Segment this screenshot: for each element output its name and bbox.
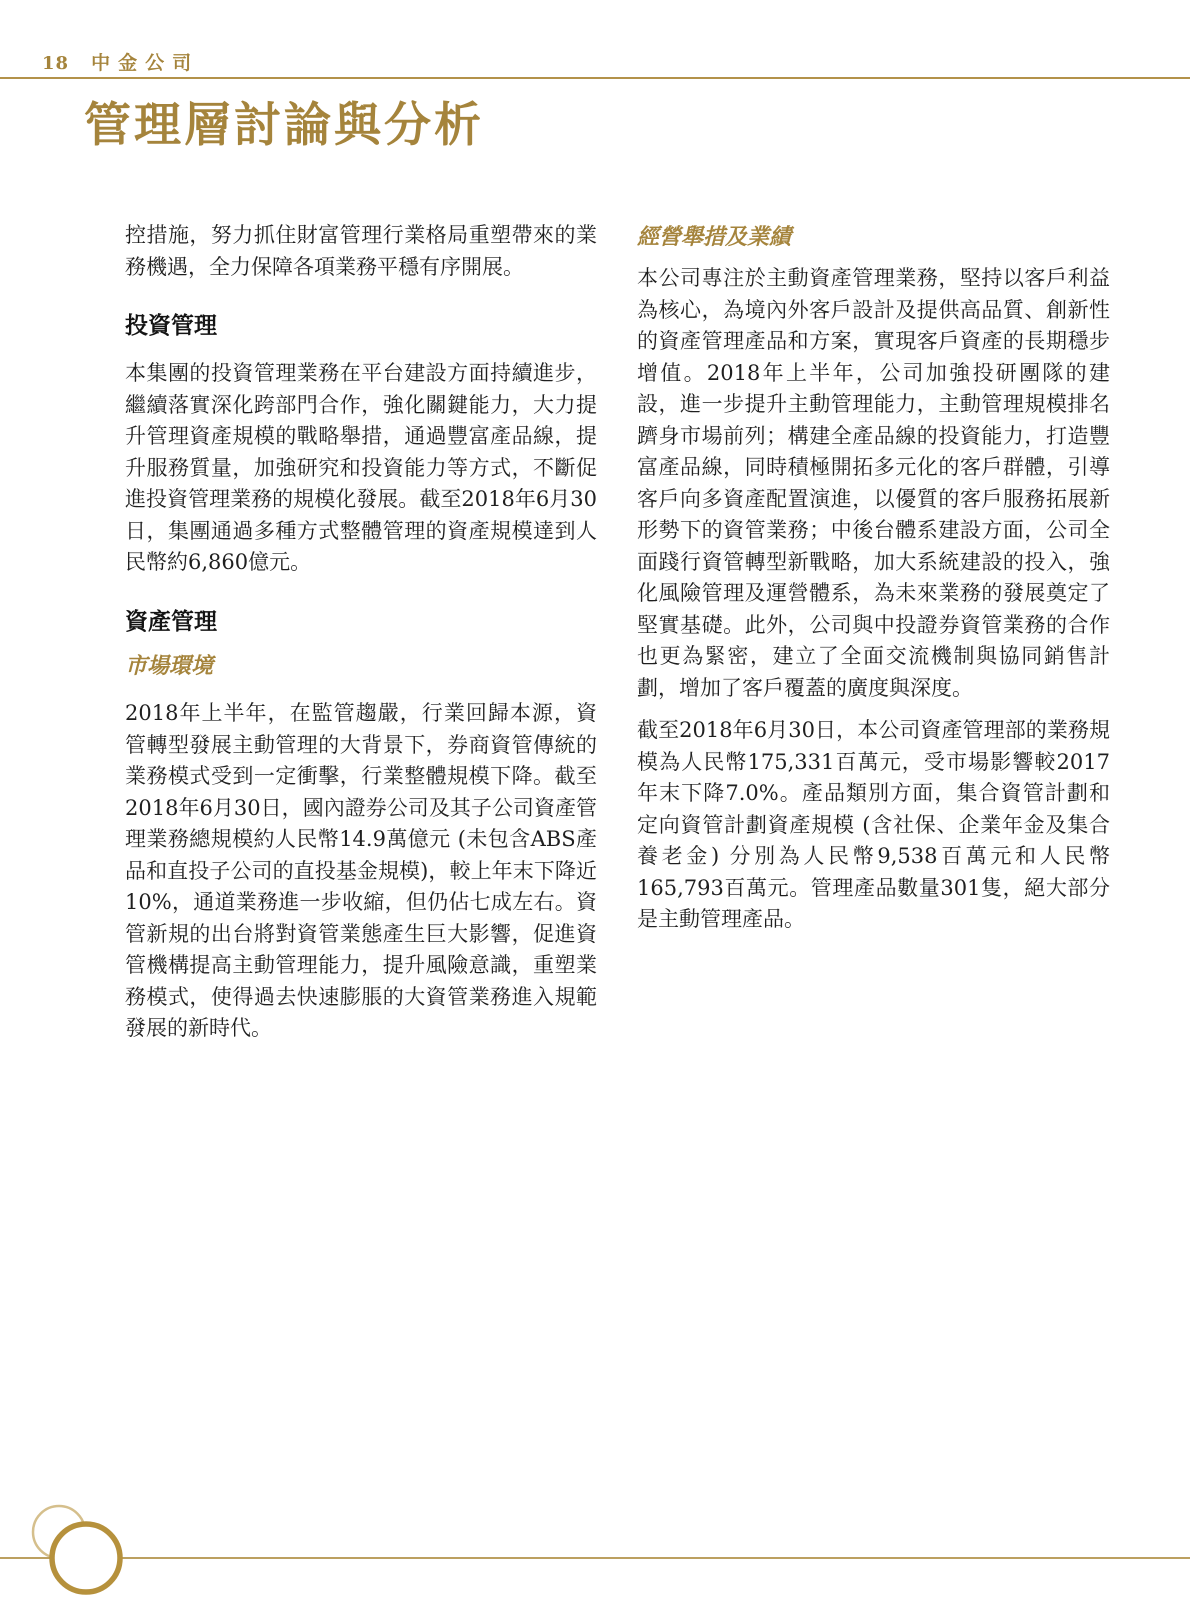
investment-management-paragraph: 本集團的投資管理業務在平台建設方面持續進步，繼續落實深化跨部門合作，強化關鍵能力… <box>125 358 597 579</box>
subheading-market-environment: 市場環境 <box>125 653 213 680</box>
operations-paragraph-2: 截至2018年6月30日，本公司資產管理部的業務規模為人民幣175,331百萬元… <box>637 715 1110 936</box>
heading-investment-management: 投資管理 <box>125 312 217 340</box>
page-header: 18 中金公司 <box>42 48 199 75</box>
heading-asset-management: 資產管理 <box>125 608 217 636</box>
company-name: 中金公司 <box>91 48 199 75</box>
intro-paragraph: 控措施，努力抓住財富管理行業格局重塑帶來的業務機遇，全力保障各項業務平穩有序開展… <box>125 220 597 283</box>
header-divider-line <box>0 77 1190 79</box>
page-title: 管理層討論與分析 <box>84 96 484 156</box>
footer-circles-logo <box>0 1455 1190 1615</box>
page-number: 18 <box>42 53 69 74</box>
report-page: 18 中金公司 管理層討論與分析 控措施，努力抓住財富管理行業格局重塑帶來的業務… <box>0 0 1190 1615</box>
market-environment-paragraph: 2018年上半年，在監管趨嚴，行業回歸本源，資管轉型發展主動管理的大背景下，券商… <box>125 698 597 1045</box>
operations-paragraph-1: 本公司專注於主動資產管理業務，堅持以客戶利益為核心，為境內外客戶設計及提供高品質… <box>637 263 1110 704</box>
subheading-operations-results: 經營舉措及業績 <box>637 224 791 251</box>
